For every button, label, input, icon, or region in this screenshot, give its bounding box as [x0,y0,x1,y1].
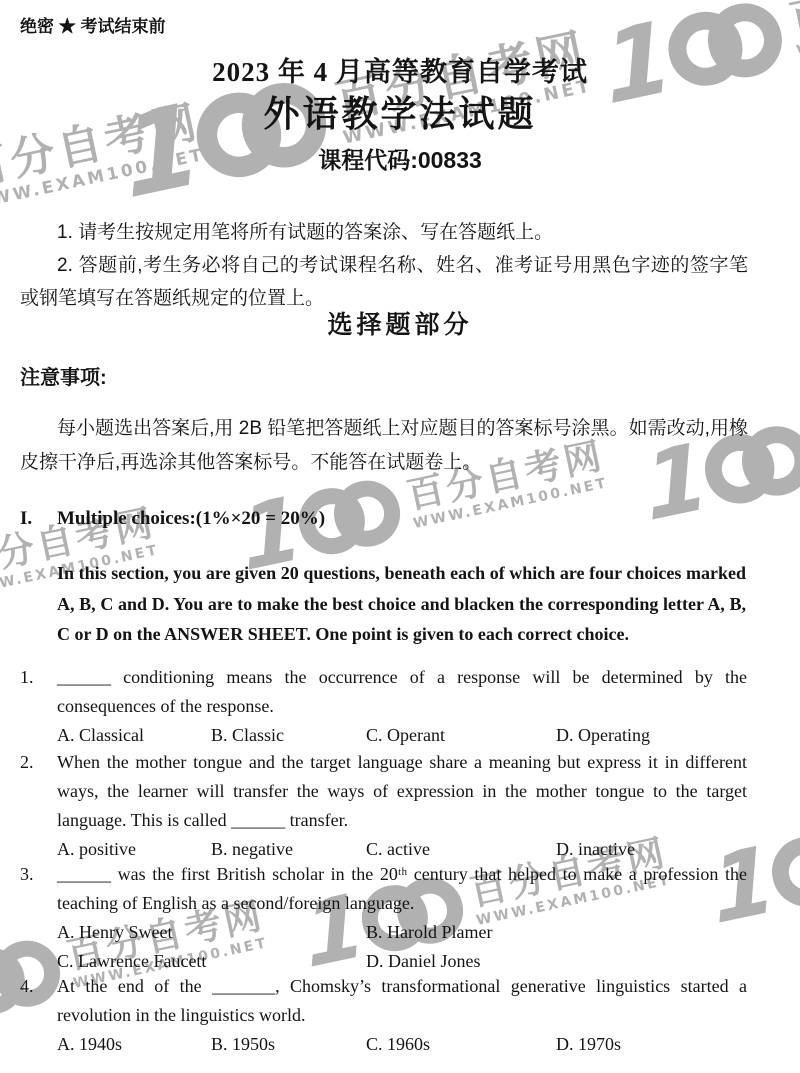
classification-label: 绝密 ★ 考试结束前 [20,12,165,37]
option-d: D. 1970s [556,1030,621,1059]
question-number: 3. [20,860,57,976]
question-body: ______ conditioning means the occurrence… [57,663,747,750]
question-stem: At the end of the _______, Chomsky’s tra… [57,972,747,1030]
question-body: When the mother tongue and the target la… [57,748,747,864]
part1-instructions: In this section, you are given 20 questi… [57,558,746,650]
option-b: B. Harold Plamer [366,918,492,947]
question-1: 1. ______ conditioning means the occurre… [20,663,747,750]
option-d: D. Operating [556,721,650,750]
general-notice-1: 1. 请考生按规定用笔将所有试题的答案涂、写在答题纸上。 [20,216,748,249]
part1-heading: Multiple choices:(1%×20 = 20%) [57,508,325,530]
option-a: A. 1940s [57,1030,122,1059]
option-a: A. Classical [57,721,144,750]
exam-title-line2: 外语教学法试题 [0,86,800,137]
question-number: 2. [20,748,57,864]
question-body: At the end of the _______, Chomsky’s tra… [57,972,747,1059]
exam-content: 绝密 ★ 考试结束前 2023 年 4 月高等教育自学考试 外语教学法试题 课程… [0,0,800,1073]
exam-title-line1: 2023 年 4 月高等教育自学考试 [0,50,800,89]
question-number: 4. [20,972,57,1059]
question-3: 3. ______ was the first British scholar … [20,860,747,976]
option-b: B. 1950s [211,1030,275,1059]
part1-numeral: I. [20,508,32,530]
question-body: ______ was the first British scholar in … [57,860,747,976]
question-number: 1. [20,663,57,750]
option-b: B. Classic [211,721,284,750]
question-4: 4. At the end of the _______, Chomsky’s … [20,972,747,1059]
question-stem: ______ was the first British scholar in … [57,860,747,918]
question-options: A. Classical B. Classic C. Operant D. Op… [57,721,747,750]
answer-notes-body: 每小题选出答案后,用 2B 铅笔把答题纸上对应题目的答案标号涂黑。如需改动,用橡… [20,412,748,480]
course-code: 课程代码:00833 [0,142,800,175]
option-c: C. Operant [366,721,445,750]
exam-paper-page: 1 百分自考网 WWW.EXAM100.NET 1 百分自考网 WWW.EXAM… [0,0,800,1073]
answer-notes-label: 注意事项: [20,361,107,390]
option-c: C. 1960s [366,1030,430,1059]
question-2: 2. When the mother tongue and the target… [20,748,747,864]
question-options-row1: A. Henry Sweet B. Harold Plamer [57,918,747,947]
section-title: 选择题部分 [0,305,800,341]
option-a: A. Henry Sweet [57,918,172,947]
question-stem: When the mother tongue and the target la… [57,748,747,835]
question-stem: ______ conditioning means the occurrence… [57,663,747,721]
question-options: A. 1940s B. 1950s C. 1960s D. 1970s [57,1030,747,1059]
